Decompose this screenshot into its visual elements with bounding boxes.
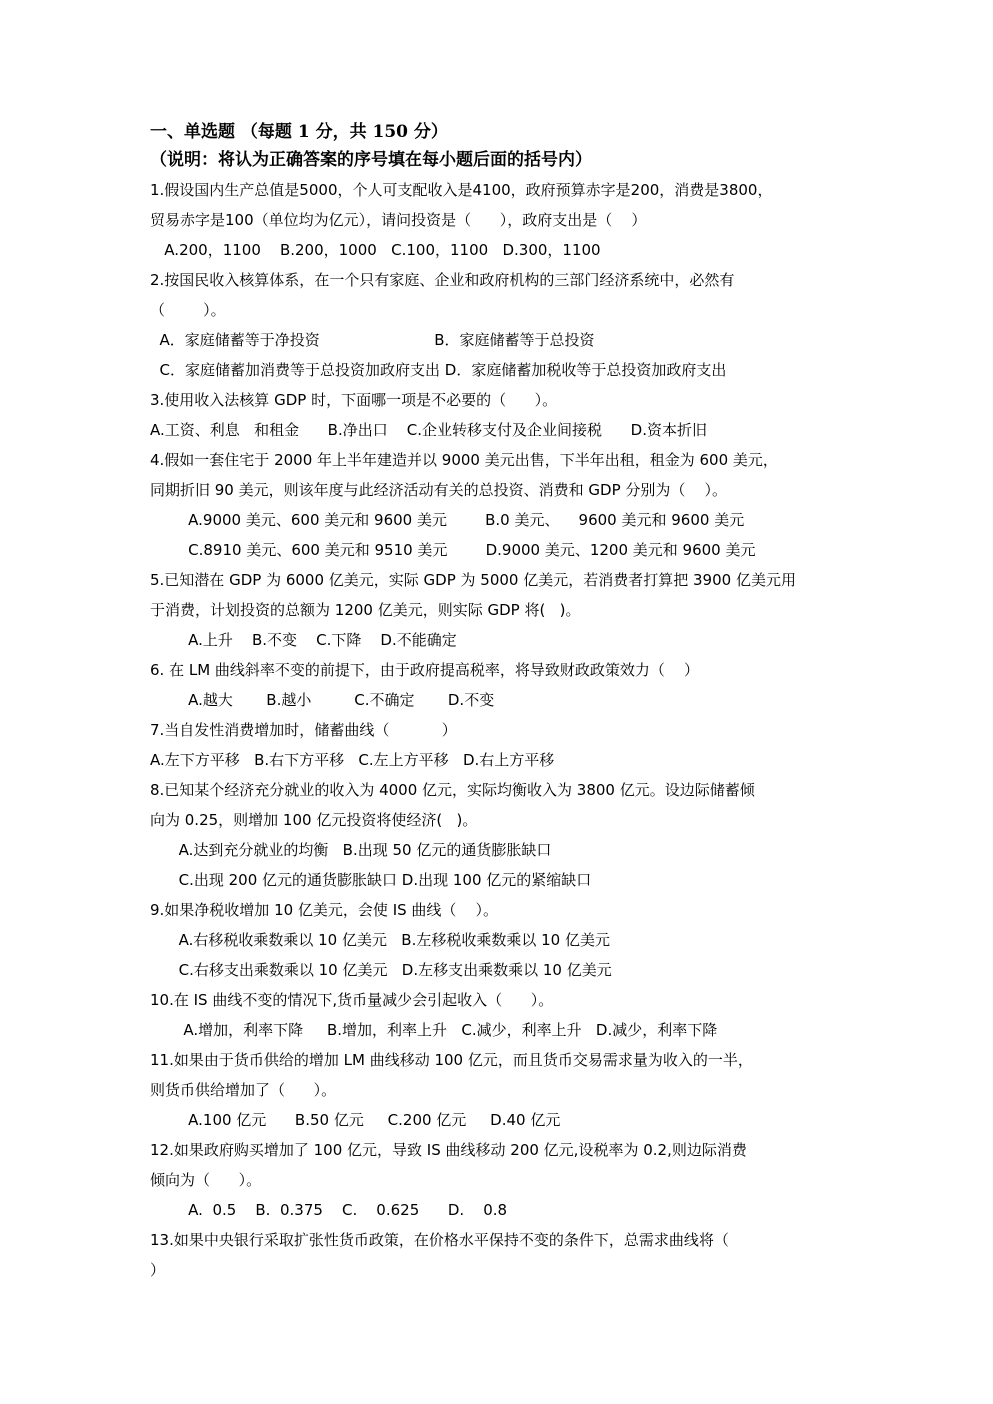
question-10-options: A.增加，利率下降 B.增加，利率上升 C.减少，利率上升 D.减少，利率下降 [150,1020,717,1040]
question-11-options: A.100 亿元 B.50 亿元 C.200 亿元 D.40 亿元 [150,1110,560,1130]
question-9-options-ab: A.右移税收乘数乘以 10 亿美元 B.左移税收乘数乘以 10 亿美元 [150,930,610,950]
question-4-line-2: 同期折旧 90 美元，则该年度与此经济活动有关的总投资、消费和 GDP 分别为（… [150,480,727,500]
question-12-line-1: 12.如果政府购买增加了 100 亿元，导致 IS 曲线移动 200 亿元,设税… [150,1140,747,1160]
question-4-options-cd: C.8910 美元、600 美元和 9510 美元 D.9000 美元、1200… [150,540,756,560]
question-3-options: A.工资、利息 和租金 B.净出口 C.企业转移支付及企业间接税 D.资本折旧 [150,420,707,440]
question-2-options-cd: C．家庭储蓄加消费等于总投资加政府支出 D．家庭储蓄加税收等于总投资加政府支出 [150,360,726,380]
question-8-line-2: 向为 0.25，则增加 100 亿元投资将使经济( )。 [150,810,477,830]
section-note: （说明：将认为正确答案的序号填在每小题后面的括号内） [150,150,592,170]
question-9-line-1: 9.如果净税收增加 10 亿美元，会使 IS 曲线（ ）。 [150,900,498,920]
question-11-line-2: 则货币供给增加了（ ）。 [150,1080,336,1100]
question-4-options-ab: A.9000 美元、600 美元和 9600 美元 B.0 美元、 9600 美… [150,510,744,530]
question-8-options-ab: A.达到充分就业的均衡 B.出现 50 亿元的通货膨胀缺口 [150,840,551,860]
question-5-line-2: 于消费，计划投资的总额为 1200 亿美元，则实际 GDP 将( )。 [150,600,580,620]
section-title: 一、单选题 （每题 1 分，共 150 分） [150,122,448,142]
question-1-line-2: 贸易赤字是100（单位均为亿元），请问投资是（ ），政府支出是（ ） [150,210,646,230]
question-8-line-1: 8.已知某个经济充分就业的收入为 4000 亿元，实际均衡收入为 3800 亿元… [150,780,755,800]
question-12-options: A. 0.5 B. 0.375 C. 0.625 D. 0.8 [150,1200,507,1220]
question-13-line-2: ） [150,1260,165,1280]
question-12-line-2: 倾向为（ ）。 [150,1170,261,1190]
exam-page: 一、单选题 （每题 1 分，共 150 分） （说明：将认为正确答案的序号填在每… [0,0,993,1404]
question-13-line-1: 13.如果中央银行采取扩张性货币政策，在价格水平保持不变的条件下，总需求曲线将（ [150,1230,729,1250]
question-2-line-2: （ ）。 [150,300,226,320]
question-2-line-1: 2.按国民收入核算体系，在一个只有家庭、企业和政府机构的三部门经济系统中，必然有 [150,270,734,290]
question-2-options-ab: A．家庭储蓄等于净投资 B．家庭储蓄等于总投资 [150,330,595,350]
question-4-line-1: 4.假如一套住宅于 2000 年上半年建造并以 9000 美元出售，下半年出租，… [150,450,778,470]
question-7-line-1: 7.当自发性消费增加时，储蓄曲线（ ） [150,720,457,740]
question-7-options: A.左下方平移 B.右下方平移 C.左上方平移 D.右上方平移 [150,750,554,770]
question-3-line-1: 3.使用收入法核算 GDP 时，下面哪一项是不必要的（ ）。 [150,390,557,410]
question-6-options: A.越大 B.越小 C.不确定 D.不变 [150,690,494,710]
question-11-line-1: 11.如果由于货币供给的增加 LM 曲线移动 100 亿元，而且货币交易需求量为… [150,1050,753,1070]
question-1-line-1: 1.假设国内生产总值是5000，个人可支配收入是4100，政府预算赤字是200，… [150,180,772,200]
question-10-line-1: 10.在 IS 曲线不变的情况下,货币量减少会引起收入（ ）。 [150,990,553,1010]
question-8-options-cd: C.出现 200 亿元的通货膨胀缺口 D.出现 100 亿元的紧缩缺口 [150,870,591,890]
question-9-options-cd: C.右移支出乘数乘以 10 亿美元 D.左移支出乘数乘以 10 亿美元 [150,960,612,980]
question-6-line-1: 6. 在 LM 曲线斜率不变的前提下，由于政府提高税率，将导致财政政策效力（ ） [150,660,699,680]
question-5-options: A.上升 B.不变 C.下降 D.不能确定 [150,630,457,650]
question-5-line-1: 5.已知潜在 GDP 为 6000 亿美元，实际 GDP 为 5000 亿美元，… [150,570,796,590]
question-1-options: A.200，1100 B.200，1000 C.100，1100 D.300，1… [150,240,601,260]
